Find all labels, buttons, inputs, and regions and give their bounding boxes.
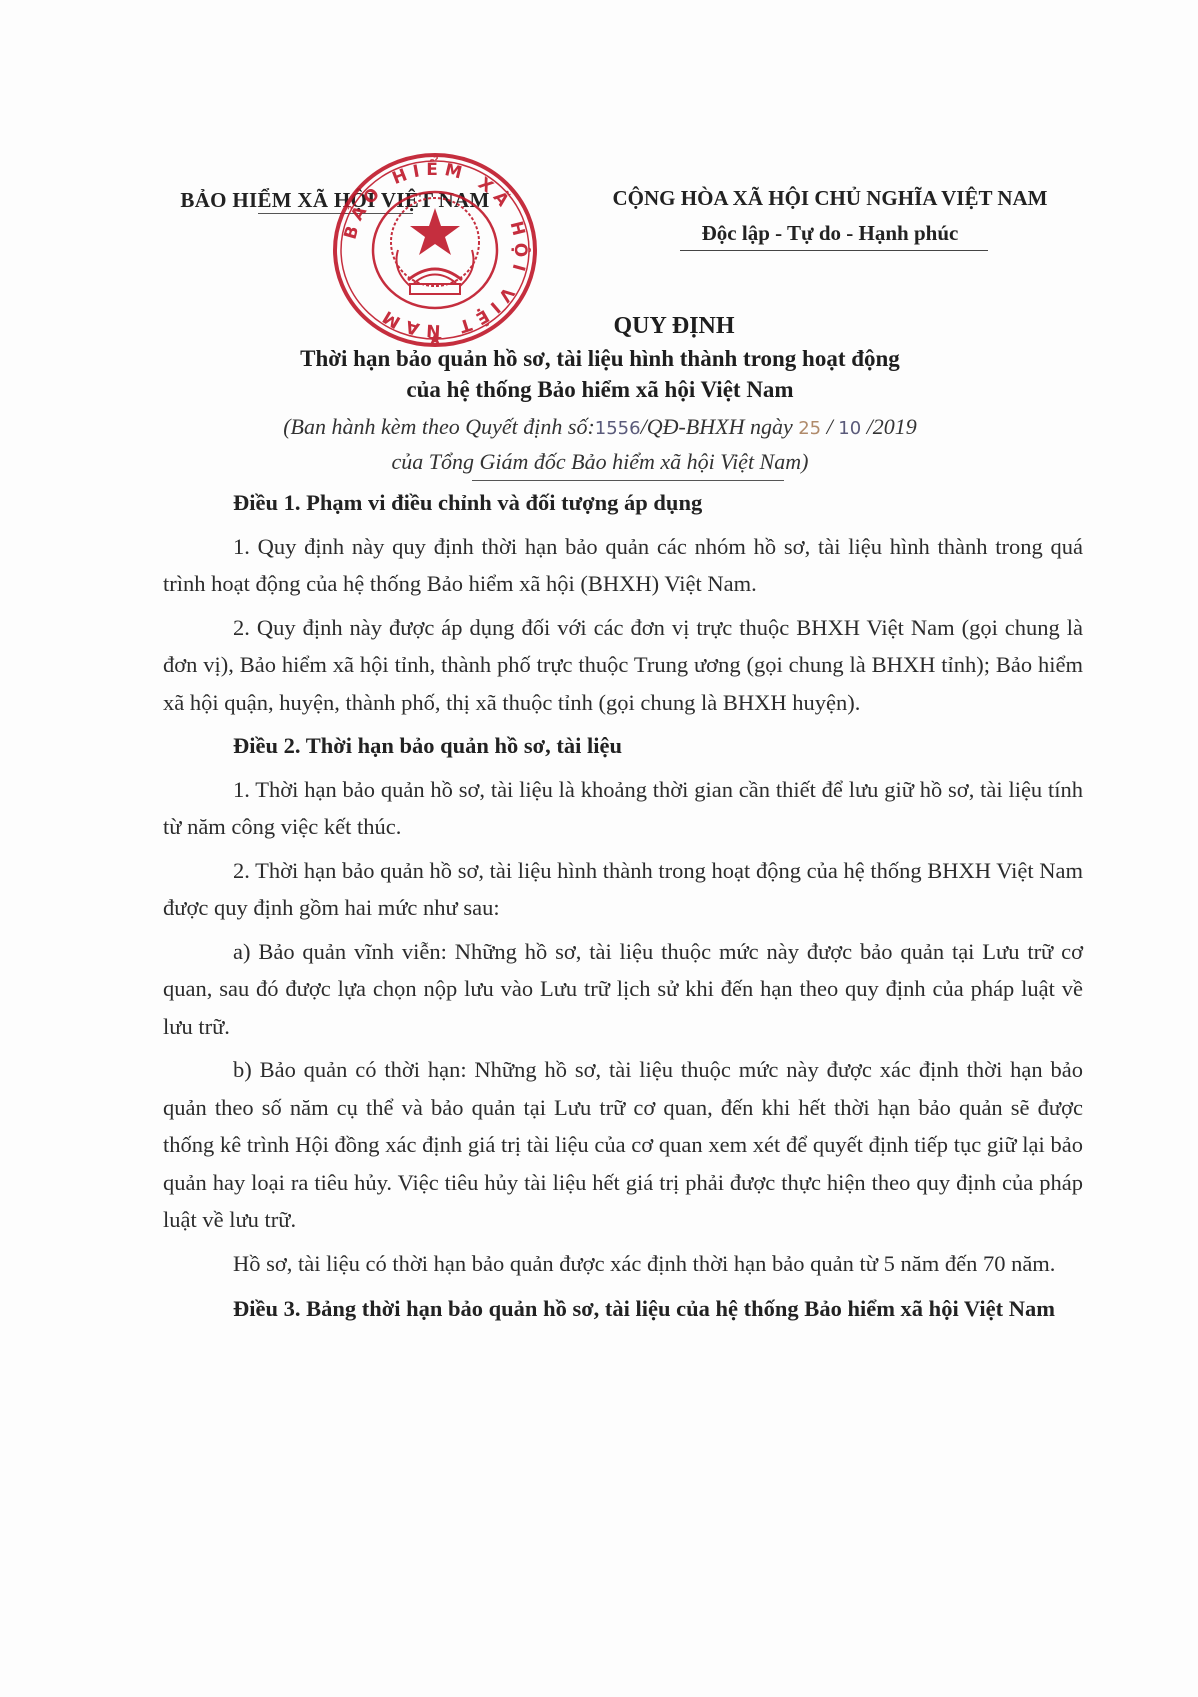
issue-month-handwritten: 10 bbox=[838, 418, 861, 439]
issued-prefix: (Ban hành kèm theo Quyết định số: bbox=[283, 414, 595, 439]
issue-day-handwritten: 25 bbox=[798, 418, 821, 439]
document-subtitle-line2: của hệ thống Bảo hiểm xã hội Việt Nam bbox=[150, 377, 1050, 403]
article-3-heading: Điều 3. Bảng thời hạn bảo quản hồ sơ, tà… bbox=[163, 1290, 1083, 1328]
date-separator: / bbox=[821, 414, 838, 439]
national-motto: Độc lập - Tự do - Hạnh phúc bbox=[565, 221, 1095, 246]
document-page: BẢO HIỂM XÃ HỘI VIỆT NAM CỘNG HÒA XÃ HỘI… bbox=[0, 0, 1198, 1697]
article-1-clause-2: 2. Quy định này được áp dụng đối với các… bbox=[163, 609, 1083, 722]
article-2-clause-1: 1. Thời hạn bảo quản hồ sơ, tài liệu là … bbox=[163, 771, 1083, 846]
document-subtitle-line1: Thời hạn bảo quản hồ sơ, tài liệu hình t… bbox=[150, 346, 1050, 372]
article-2-clause-2: 2. Thời hạn bảo quản hồ sơ, tài liệu hìn… bbox=[163, 852, 1083, 927]
article-1-clause-1: 1. Quy định này quy định thời hạn bảo qu… bbox=[163, 528, 1083, 603]
decision-number-handwritten: 1556 bbox=[595, 418, 641, 439]
article-2-clause-2a: a) Bảo quản vĩnh viễn: Những hồ sơ, tài … bbox=[163, 933, 1083, 1046]
issued-authority: của Tổng Giám đốc Bảo hiểm xã hội Việt N… bbox=[150, 449, 1050, 475]
issued-reference: (Ban hành kèm theo Quyết định số:1556/QĐ… bbox=[150, 414, 1050, 440]
article-2-clause-2b: b) Bảo quản có thời hạn: Những hồ sơ, tà… bbox=[163, 1051, 1083, 1239]
document-body: Điều 1. Phạm vi điều chỉnh và đối tượng … bbox=[163, 484, 1083, 1328]
article-1-heading: Điều 1. Phạm vi điều chỉnh và đối tượng … bbox=[163, 484, 1083, 522]
article-2-heading: Điều 2. Thời hạn bảo quản hồ sơ, tài liệ… bbox=[163, 727, 1083, 765]
issue-year: /2019 bbox=[861, 414, 917, 439]
issued-underline bbox=[472, 480, 784, 481]
country-name: CỘNG HÒA XÃ HỘI CHỦ NGHĨA VIỆT NAM bbox=[565, 186, 1095, 211]
document-title: QUY ĐỊNH bbox=[75, 313, 1198, 340]
motto-underline bbox=[680, 250, 988, 251]
article-2-retention-range: Hồ sơ, tài liệu có thời hạn bảo quản đượ… bbox=[163, 1245, 1083, 1283]
official-seal-icon: BẢO HIỂM XÃ HỘI VIỆT NAM bbox=[330, 150, 540, 350]
issued-mid: /QĐ-BHXH ngày bbox=[641, 414, 799, 439]
